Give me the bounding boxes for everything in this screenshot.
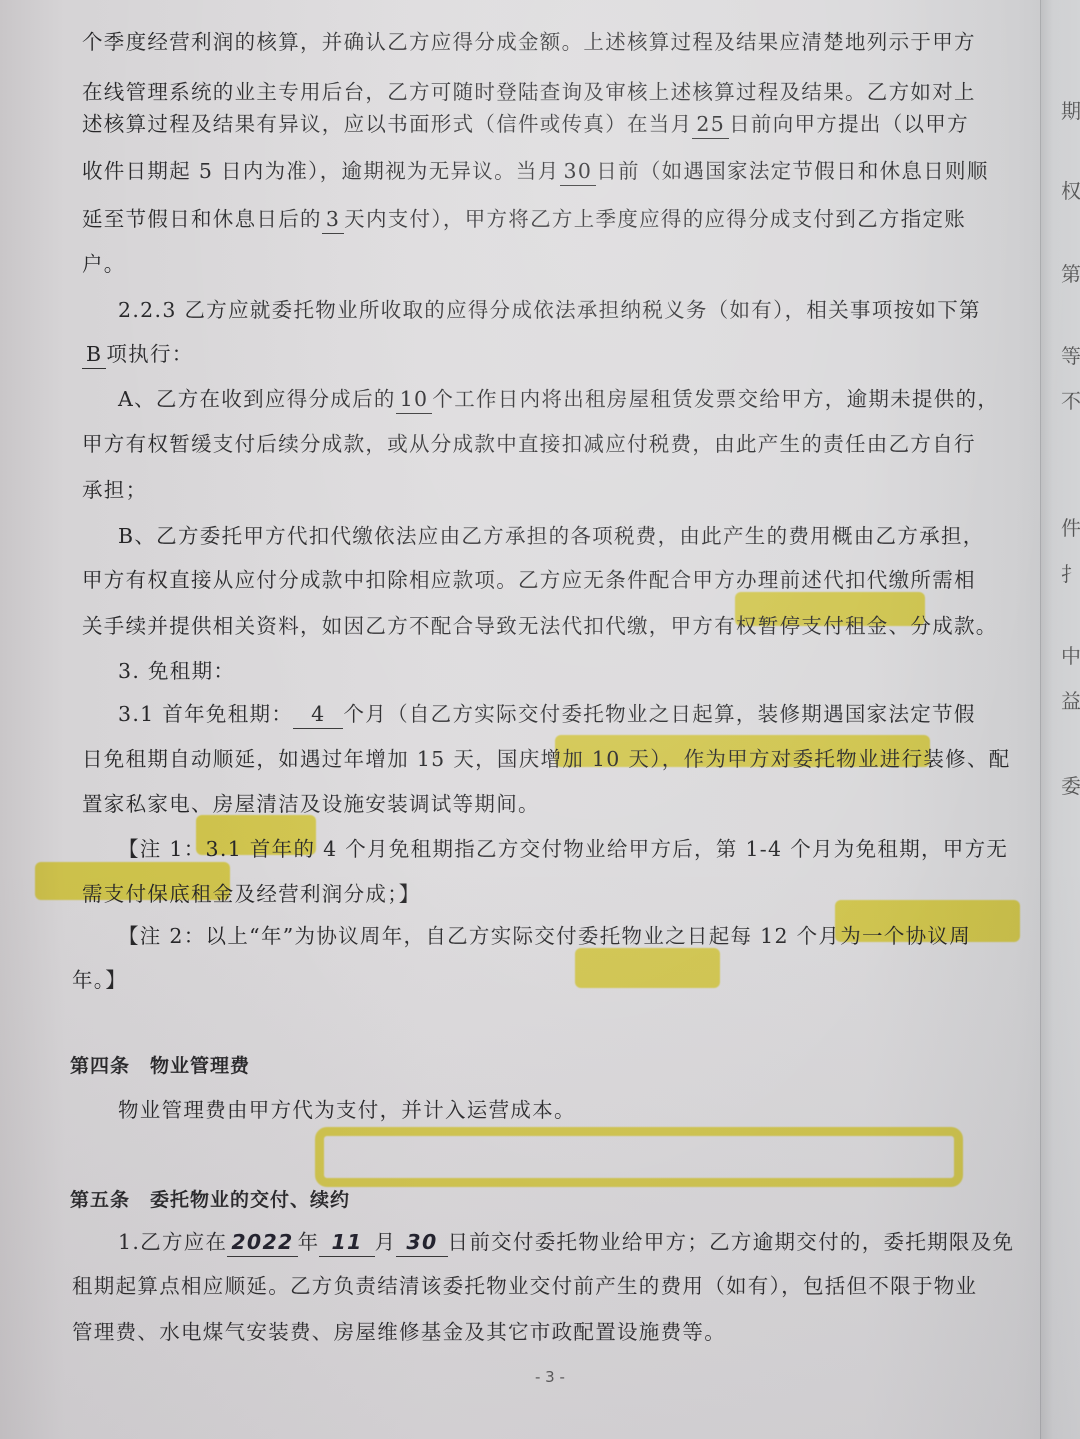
- option-b: B、乙方委托甲方代扣代缴依法应由乙方承担的各项税费，由此产生的费用概由乙方承担，: [118, 522, 985, 550]
- text-segment: 项执行：: [106, 342, 193, 366]
- page-number: - 3 -: [535, 1368, 565, 1386]
- text-line: 关手续并提供相关资料，如因乙方不配合导致无法代扣代缴，甲方有权暂停支付租金、分成…: [82, 612, 998, 640]
- text-line: 管理费、水电煤气安装费、房屋维修基金及其它市政配置设施费等。: [72, 1318, 726, 1346]
- text-line: 甲方有权暂缓支付后续分成款，或从分成款中直接扣减应付税费，由此产生的责任由乙方自…: [82, 430, 976, 458]
- text-segment: 月: [375, 1230, 397, 1254]
- section-3-title: 3. 免租期：: [118, 657, 235, 685]
- handwritten-day: 30: [396, 1228, 447, 1257]
- text-line: 置家私家电、房屋清洁及设施安装调试等期间。: [82, 790, 540, 818]
- article-5-item-1: 1.乙方应在2022年11月30日前交付委托物业给甲方；乙方逾期交付的，委托期限…: [118, 1228, 1014, 1257]
- adjacent-fragment: 中: [1061, 640, 1080, 669]
- adjacent-fragment: 不: [1061, 385, 1080, 414]
- adjacent-fragment: 等: [1061, 340, 1080, 369]
- note-2: 【注 2：以上“年”为协议周年，自乙方实际交付委托物业之日起每 12 个月为一个…: [118, 922, 971, 950]
- text-line: 需支付保底租金及经营利润分成；】: [82, 880, 421, 908]
- text-line: 在线管理系统的业主专用后台，乙方可随时登陆查询及审核上述核算过程及结果。乙方如对…: [82, 78, 976, 106]
- highlight-mark: [315, 1127, 963, 1187]
- text-segment: 日前交付委托物业给甲方；乙方逾期交付的，委托期限及免: [448, 1230, 1015, 1254]
- text-segment: 日前向甲方提出（以甲方: [729, 112, 969, 136]
- article-4-body: 物业管理费由甲方代为支付，并计入运营成本。: [118, 1096, 576, 1124]
- handwritten-year: 2022: [227, 1228, 297, 1257]
- fill-blank-day: 25: [692, 110, 729, 139]
- adjacent-fragment: 第: [1061, 258, 1080, 287]
- text-line: 户。: [82, 250, 126, 278]
- handwritten-month: 11: [319, 1228, 374, 1257]
- adjacent-fragment: 件: [1061, 512, 1080, 541]
- clause-3-1: 3.1 首年免租期：4个月（自乙方实际交付委托物业之日起算，装修期遇国家法定节假: [118, 700, 976, 729]
- adjacent-fragment: 益: [1061, 685, 1080, 714]
- highlight-mark: [575, 948, 720, 988]
- adjacent-page-edge: 期 权 第 等 不 件 扌 中 益 委: [1040, 0, 1080, 1439]
- text-line: 租期起算点相应顺延。乙方负责结清该委托物业交付前产生的费用（如有），包括但不限于…: [72, 1272, 977, 1300]
- text-segment: 收件日期起 5 日内为准），逾期视为无异议。当月: [82, 159, 560, 183]
- text-segment: 个月（自乙方实际交付委托物业之日起算，装修期遇国家法定节假: [343, 702, 975, 726]
- clause-2-2-3: 2.2.3 乙方应就委托物业所收取的应得分成依法承担纳税义务（如有），相关事项按…: [118, 296, 981, 324]
- article-4-heading: 第四条 物业管理费: [70, 1052, 250, 1080]
- contract-page: 个季度经营利润的核算，并确认乙方应得分成金额。上述核算过程及结果应清楚地列示于甲…: [0, 0, 1040, 1439]
- fill-blank-days: 3: [322, 205, 344, 234]
- text-line: 述核算过程及结果有异议，应以书面形式（信件或传真）在当月25日前向甲方提出（以甲…: [82, 110, 969, 139]
- text-line: 甲方有权直接从应付分成款中扣除相应款项。乙方应无条件配合甲方办理前述代扣代缴所需…: [82, 566, 976, 594]
- text-line: B项执行：: [82, 340, 194, 369]
- text-segment: 1.乙方应在: [118, 1230, 227, 1254]
- text-segment: 日前（如遇国家法定节假日和休息日则顺: [596, 159, 988, 183]
- note-1: 【注 1：3.1 首年的 4 个月免租期指乙方交付物业给甲方后，第 1-4 个月…: [118, 835, 1008, 863]
- text-segment: 述核算过程及结果有异议，应以书面形式（信件或传真）在当月: [82, 112, 692, 136]
- adjacent-fragment: 扌: [1061, 558, 1080, 587]
- text-line: 日免租期自动顺延，如遇过年增加 15 天，国庆增加 10 天），作为甲方对委托物…: [82, 745, 1011, 773]
- text-segment: A、乙方在收到应得分成后的: [118, 387, 396, 411]
- text-segment: 天内支付），甲方将乙方上季度应得的应得分成支付到乙方指定账: [344, 207, 966, 231]
- text-segment: 3.1 首年免租期：: [118, 702, 293, 726]
- adjacent-fragment: 权: [1061, 175, 1080, 204]
- fill-blank-option: B: [82, 340, 106, 369]
- text-segment: 延至节假日和休息日后的: [82, 207, 322, 231]
- adjacent-fragment: 委: [1061, 770, 1080, 799]
- text-line: 年。】: [72, 966, 127, 994]
- text-line: 收件日期起 5 日内为准），逾期视为无异议。当月30日前（如遇国家法定节假日和休…: [82, 157, 989, 186]
- text-line: 延至节假日和休息日后的3天内支付），甲方将乙方上季度应得的应得分成支付到乙方指定…: [82, 205, 966, 234]
- adjacent-fragment: 期: [1061, 95, 1080, 124]
- text-line: 承担；: [82, 476, 147, 504]
- article-5-heading: 第五条 委托物业的交付、续约: [70, 1186, 350, 1214]
- fill-blank-months: 4: [293, 700, 343, 729]
- text-segment: 个工作日内将出租房屋租赁发票交给甲方，逾期未提供的，: [432, 387, 999, 411]
- option-a: A、乙方在收到应得分成后的10个工作日内将出租房屋租赁发票交给甲方，逾期未提供的…: [118, 385, 999, 414]
- text-line: 个季度经营利润的核算，并确认乙方应得分成金额。上述核算过程及结果应清楚地列示于甲…: [82, 28, 976, 56]
- text-segment: 年: [298, 1230, 320, 1254]
- fill-blank-workdays: 10: [396, 385, 433, 414]
- fill-blank-day: 30: [560, 157, 597, 186]
